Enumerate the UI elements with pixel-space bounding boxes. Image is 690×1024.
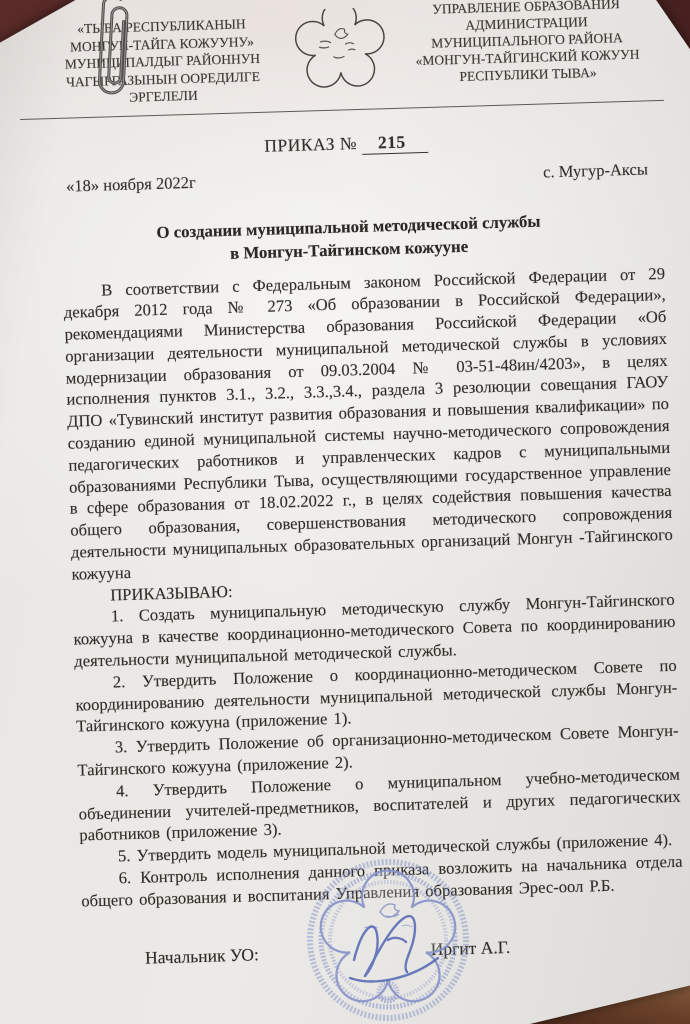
letterhead-left-tuvan: «ТЫВА РЕСПУБЛИКАНЫН МОНГУН-ТАЙГА КОЖУУНУ…: [35, 4, 290, 109]
signer-position: Начальник УО:: [145, 944, 259, 968]
letterhead-emblem-box: [287, 1, 394, 90]
document-title: О создании муниципальной методической сл…: [3, 205, 690, 271]
document-content: «ТЫВА РЕСПУБЛИКАНЫН МОНГУН-ТАЙГА КОЖУУНУ…: [0, 0, 690, 972]
document-body: В соответствии с Федеральным законом Рос…: [63, 262, 683, 912]
order-number-line: ПРИКАЗ № 215: [1, 123, 690, 164]
letterhead-right-russian: УПРАВЛЕНИЕ ОБРАЗОВАНИЯ АДМИНИСТРАЦИИ МУН…: [391, 0, 689, 87]
official-seal-stamp: [268, 856, 508, 1024]
order-number: 215: [362, 130, 428, 154]
flower-seal-emblem-icon: [292, 7, 388, 90]
date-place-line: «18» ноября 2022г с. Мугур-Аксы: [2, 158, 690, 198]
order-label: ПРИКАЗ №: [264, 133, 357, 156]
photo-of-document: { "photo": { "background_color": "#4c242…: [0, 0, 690, 1024]
document-page: «ТЫВА РЕСПУБЛИКАНЫН МОНГУН-ТАЙГА КОЖУУНУ…: [0, 0, 690, 1024]
document-date: «18» ноября 2022г: [66, 172, 196, 196]
paperclip-icon: [85, 0, 143, 110]
document-place: с. Мугур-Аксы: [543, 159, 648, 182]
document-page-wrap: «ТЫВА РЕСПУБЛИКАНЫН МОНГУН-ТАЙГА КОЖУУНУ…: [0, 0, 690, 1024]
intro-paragraph: В соответствии с Федеральным законом Рос…: [63, 262, 674, 585]
